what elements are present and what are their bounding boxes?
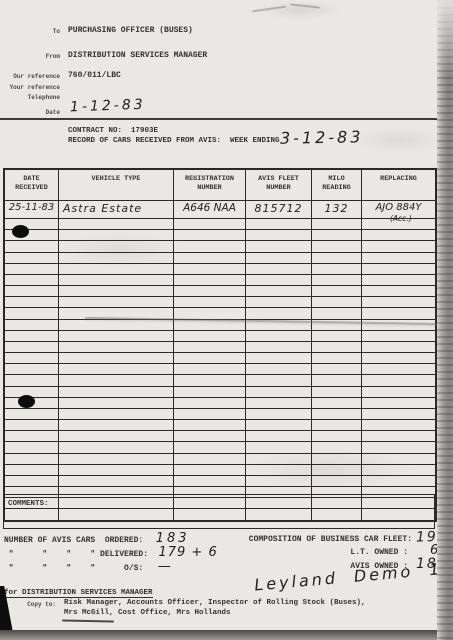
table-empty-cell [246,364,312,374]
table-empty-cell [59,454,174,464]
table-empty-cell [246,409,312,419]
table-empty-cell [246,442,312,452]
table-empty-cell [312,308,362,318]
table-empty-cell [5,353,59,363]
table-empty-cell [362,241,435,251]
table-empty-cell [59,465,174,475]
table-empty-cell [312,253,362,263]
from-value: DISTRIBUTION SERVICES MANAGER [68,51,207,60]
table-empty-cell [174,398,246,408]
table-empty-cell [5,331,59,341]
cell-vehicle-type: Astra Estate [59,202,173,215]
table-empty-cell [246,465,312,475]
your-reference-label: Your reference [2,84,60,91]
table-empty-cell [174,264,246,274]
table-empty-cell [246,454,312,464]
table-data-row: 25-11-83 Astra Estate A646 NAA 815712 13… [5,201,435,219]
table-empty-row [5,264,435,275]
table-empty-cell [174,308,246,318]
table-empty-cell [5,442,59,452]
table-empty-cell [174,253,246,263]
table-empty-cell [59,364,174,374]
table-empty-cell [312,465,362,475]
table-empty-cell [312,219,362,229]
table-empty-cell [362,331,435,341]
table-empty-cell [174,375,246,385]
table-empty-cell [59,353,174,363]
table-empty-cell [246,253,312,263]
table-empty-cell [59,387,174,397]
table-empty-cell [5,454,59,464]
empty-rows [5,219,435,520]
table-empty-cell [174,241,246,251]
table-empty-cell [246,297,312,307]
header-date-received: DATE RECEIVED [5,170,59,200]
table-empty-cell [5,253,59,263]
table-empty-cell [312,241,362,251]
table-empty-row [5,342,435,353]
table-empty-cell [362,387,435,397]
to-label: To [2,28,60,35]
os-label: " " " " O/S: [4,564,143,573]
table-empty-row [5,364,435,375]
table-empty-cell [312,431,362,441]
copy-to-line2-rest: Cost Office, Mrs Hollands [114,609,231,617]
table-empty-cell [246,286,312,296]
table-empty-cell [59,409,174,419]
table-empty-cell [362,476,435,486]
table-empty-cell [362,297,435,307]
table-empty-cell [174,219,246,229]
table-empty-cell [312,375,362,385]
table-empty-row [5,331,435,342]
right-edge-band [437,0,453,640]
table-empty-cell [5,286,59,296]
table-empty-cell [312,454,362,464]
table-empty-cell [59,420,174,430]
table-empty-row [5,420,435,431]
table-empty-cell [59,241,174,251]
table-empty-cell [362,342,435,352]
table-empty-cell [362,308,435,318]
table-empty-cell [5,320,59,330]
table-empty-row [5,409,435,420]
our-reference-value: 760/011/LBC [68,71,121,80]
table-empty-cell [174,353,246,363]
table-empty-cell [362,253,435,263]
table-empty-row [5,353,435,364]
table-empty-cell [246,342,312,352]
table-empty-cell [174,420,246,430]
table-empty-cell [246,387,312,397]
table-empty-cell [312,342,362,352]
table-empty-cell [362,409,435,419]
comments-box: COMMENTS: [3,494,435,529]
record-table: DATE RECEIVED VEHICLE TYPE REGISTRATION … [3,168,437,522]
table-empty-cell [246,375,312,385]
table-empty-cell [312,398,362,408]
table-empty-row [5,465,435,476]
table-empty-cell [174,431,246,441]
table-empty-cell [246,476,312,486]
table-empty-cell [5,420,59,430]
pencil-scribble [252,6,286,13]
table-empty-row [5,476,435,487]
table-empty-cell [362,275,435,285]
stats-os-line: " " " " O/S: — [4,557,171,575]
date-handwritten: 1-12-83 [70,97,146,116]
to-value: PURCHASING OFFICER (BUSES) [68,26,193,35]
table-empty-cell [59,253,174,263]
copy-to-mcgill: Mrs McGill, [64,609,114,617]
signature-for-line: for DISTRIBUTION SERVICES MANAGER [4,589,153,598]
table-empty-row [5,219,435,230]
table-empty-cell [174,331,246,341]
table-empty-cell [312,331,362,341]
header-replacing: REPLACING [362,170,435,200]
table-empty-cell [59,275,174,285]
table-empty-cell [174,297,246,307]
table-empty-row [5,431,435,442]
copy-to-line2: Mrs McGill, Cost Office, Mrs Hollands [64,609,231,617]
punch-hole [18,395,35,408]
table-empty-cell [5,241,59,251]
table-empty-cell [59,431,174,441]
table-empty-cell [59,230,174,240]
table-empty-cell [174,454,246,464]
table-empty-row [5,297,435,308]
bottom-edge-shadow [0,630,447,640]
week-ending-handwritten: 3-12-83 [280,127,364,147]
table-empty-cell [5,342,59,352]
table-empty-cell [246,431,312,441]
table-empty-cell [5,308,59,318]
cell-date-received: 25-11-83 [5,202,58,213]
table-empty-row [5,230,435,241]
table-empty-cell [5,275,59,285]
table-empty-cell [5,476,59,486]
table-empty-cell [59,264,174,274]
table-empty-cell [5,264,59,274]
table-empty-cell [246,264,312,274]
table-empty-cell [312,387,362,397]
table-empty-cell [174,442,246,452]
table-header-row: DATE RECEIVED VEHICLE TYPE REGISTRATION … [5,170,435,201]
table-empty-row [5,454,435,465]
table-empty-cell [174,364,246,374]
table-empty-row [5,275,435,286]
table-empty-cell [5,364,59,374]
table-empty-row [5,308,435,319]
table-empty-cell [312,297,362,307]
table-empty-cell [5,297,59,307]
table-empty-cell [312,409,362,419]
table-empty-cell [362,353,435,363]
table-empty-cell [362,465,435,475]
cell-milo-reading: 132 [312,202,361,215]
from-label: From [2,53,60,60]
table-empty-cell [174,465,246,475]
table-empty-cell [174,476,246,486]
table-empty-cell [246,398,312,408]
table-empty-cell [362,420,435,430]
comments-label: COMMENTS: [8,500,49,508]
table-empty-cell [362,264,435,274]
scanned-memo-page: To PURCHASING OFFICER (BUSES) From DISTR… [0,0,453,640]
table-empty-row [5,253,435,264]
table-empty-cell [5,431,59,441]
table-empty-cell [5,387,59,397]
table-empty-cell [246,353,312,363]
punch-hole [12,225,29,238]
table-empty-cell [5,409,59,419]
table-empty-cell [246,331,312,341]
table-empty-cell [246,420,312,430]
header-avis-fleet-number: AVIS FLEET NUMBER [246,170,312,200]
table-empty-cell [174,342,246,352]
contract-no-line: CONTRACT NO: 17903E [68,127,158,135]
header-milo-reading: MILO READING [312,170,362,200]
table-empty-cell [246,230,312,240]
divider-rule [0,118,447,120]
table-empty-cell [246,275,312,285]
table-empty-cell [174,286,246,296]
copy-to-line1: Risk Manager, Accounts Officer, Inspecto… [64,599,366,607]
date-label: Date [2,109,60,116]
table-empty-cell [5,375,59,385]
table-empty-cell [362,286,435,296]
table-empty-cell [312,476,362,486]
cell-registration-number: A646 NAA [174,202,245,214]
header-registration-number: REGISTRATION NUMBER [174,170,246,200]
table-empty-row [5,442,435,453]
table-empty-cell [312,420,362,430]
table-empty-cell [59,375,174,385]
mcgill-hand-underline [62,619,114,622]
os-handwritten: — [158,559,171,574]
table-empty-cell [246,219,312,229]
table-empty-cell [246,241,312,251]
table-empty-row [5,398,435,409]
table-empty-row [5,387,435,398]
table-empty-cell [59,476,174,486]
table-empty-cell [362,431,435,441]
table-empty-cell [312,442,362,452]
table-empty-cell [362,442,435,452]
table-empty-cell [312,364,362,374]
table-empty-cell [59,320,174,330]
table-empty-cell [246,308,312,318]
table-empty-cell [59,398,174,408]
table-empty-cell [312,286,362,296]
table-empty-cell [362,364,435,374]
record-title-line: RECORD OF CARS RECEIVED FROM AVIS: WEEK … [68,137,280,145]
table-empty-cell [59,331,174,341]
table-empty-cell [174,275,246,285]
table-empty-cell [362,230,435,240]
our-reference-label: Our reference [2,73,60,80]
table-empty-row [5,241,435,252]
table-empty-cell [312,275,362,285]
table-empty-cell [59,297,174,307]
table-empty-cell [59,342,174,352]
table-empty-cell [312,230,362,240]
table-empty-cell [59,286,174,296]
table-empty-cell [362,398,435,408]
table-empty-row [5,286,435,297]
cell-replacing: AJO 884Y [362,202,435,213]
table-empty-cell [174,230,246,240]
header-vehicle-type: VEHICLE TYPE [59,170,174,200]
table-empty-cell [312,264,362,274]
telephone-label: Telephone [2,94,60,101]
table-empty-cell [59,442,174,452]
cell-avis-fleet-number: 815712 [246,202,311,215]
table-empty-cell [59,219,174,229]
table-empty-cell [362,454,435,464]
table-empty-cell [362,375,435,385]
copy-to-label: Copy to: [0,601,56,608]
table-empty-cell [5,465,59,475]
pencil-scribble [290,3,320,8]
table-empty-row [5,375,435,386]
table-empty-cell [174,409,246,419]
cell-replacing-note: (Acc.) [390,214,412,223]
table-empty-cell [312,353,362,363]
table-empty-cell [174,387,246,397]
